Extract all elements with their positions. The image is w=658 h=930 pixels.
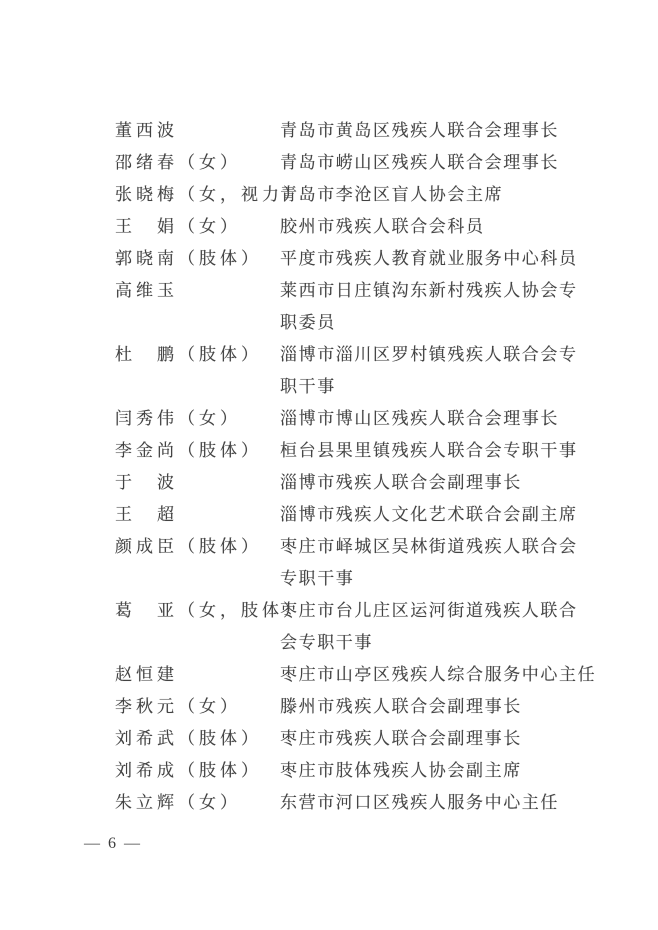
entry-name: 刘希武（肢体） xyxy=(115,723,280,755)
position-line: 青岛市崂山区残疾人联合会理事长 xyxy=(280,147,590,179)
awardee-list: 董西波 青岛市黄岛区残疾人联合会理事长 邵绪春（女） 青岛市崂山区残疾人联合会理… xyxy=(115,115,590,819)
position-line: 职委员 xyxy=(280,307,590,339)
position-line: 会专职干事 xyxy=(280,627,590,659)
position-line: 职干事 xyxy=(280,371,590,403)
document-page: 董西波 青岛市黄岛区残疾人联合会理事长 邵绪春（女） 青岛市崂山区残疾人联合会理… xyxy=(0,0,658,930)
position-line: 专职干事 xyxy=(280,563,590,595)
entry-name: 王 超 xyxy=(115,499,280,531)
entry-row: 郭晓南（肢体） 平度市残疾人教育就业服务中心科员 xyxy=(115,243,590,275)
position-line: 淄博市博山区残疾人联合会理事长 xyxy=(280,403,590,435)
entry-name: 闫秀伟（女） xyxy=(115,403,280,435)
position-line: 平度市残疾人教育就业服务中心科员 xyxy=(280,243,590,275)
position-line: 淄博市残疾人联合会副理事长 xyxy=(280,467,590,499)
entry-row: 刘希成（肢体） 枣庄市肢体残疾人协会副主席 xyxy=(115,755,590,787)
entry-name: 邵绪春（女） xyxy=(115,147,280,179)
entry-name: 葛 亚（女，肢体） xyxy=(115,595,280,627)
entry-name: 颜成臣（肢体） xyxy=(115,531,280,563)
entry-position: 莱西市日庄镇沟东新村残疾人协会专职委员 xyxy=(280,275,590,339)
position-line: 枣庄市台儿庄区运河街道残疾人联合 xyxy=(280,595,590,627)
entry-name: 赵恒建 xyxy=(115,659,280,691)
entry-position: 胶州市残疾人联合会科员 xyxy=(280,211,590,243)
position-line: 枣庄市山亭区残疾人综合服务中心主任 xyxy=(280,659,590,691)
position-line: 滕州市残疾人联合会副理事长 xyxy=(280,691,590,723)
entry-row: 刘希武（肢体） 枣庄市残疾人联合会副理事长 xyxy=(115,723,590,755)
entry-name: 于 波 xyxy=(115,467,280,499)
entry-position: 淄博市博山区残疾人联合会理事长 xyxy=(280,403,590,435)
entry-position: 青岛市李沧区盲人协会主席 xyxy=(280,179,590,211)
position-line: 胶州市残疾人联合会科员 xyxy=(280,211,590,243)
entry-name: 杜 鹏（肢体） xyxy=(115,339,280,371)
entry-row: 李秋元（女） 滕州市残疾人联合会副理事长 xyxy=(115,691,590,723)
entry-position: 枣庄市峄城区吴林街道残疾人联合会专职干事 xyxy=(280,531,590,595)
position-line: 青岛市李沧区盲人协会主席 xyxy=(280,179,590,211)
entry-name: 李秋元（女） xyxy=(115,691,280,723)
entry-position: 东营市河口区残疾人服务中心主任 xyxy=(280,787,590,819)
position-line: 枣庄市残疾人联合会副理事长 xyxy=(280,723,590,755)
entry-position: 淄博市淄川区罗村镇残疾人联合会专职干事 xyxy=(280,339,590,403)
entry-position: 青岛市黄岛区残疾人联合会理事长 xyxy=(280,115,590,147)
entry-name: 郭晓南（肢体） xyxy=(115,243,280,275)
position-line: 青岛市黄岛区残疾人联合会理事长 xyxy=(280,115,590,147)
entry-row: 邵绪春（女） 青岛市崂山区残疾人联合会理事长 xyxy=(115,147,590,179)
entry-name: 朱立辉（女） xyxy=(115,787,280,819)
page-number: — 6 — xyxy=(84,832,142,856)
position-line: 东营市河口区残疾人服务中心主任 xyxy=(280,787,590,819)
entry-row: 杜 鹏（肢体） 淄博市淄川区罗村镇残疾人联合会专职干事 xyxy=(115,339,590,403)
entry-row: 高维玉 莱西市日庄镇沟东新村残疾人协会专职委员 xyxy=(115,275,590,339)
entry-row: 董西波 青岛市黄岛区残疾人联合会理事长 xyxy=(115,115,590,147)
entry-name: 董西波 xyxy=(115,115,280,147)
entry-position: 枣庄市山亭区残疾人综合服务中心主任 xyxy=(280,659,590,691)
entry-position: 枣庄市台儿庄区运河街道残疾人联合会专职干事 xyxy=(280,595,590,659)
entry-row: 闫秀伟（女） 淄博市博山区残疾人联合会理事长 xyxy=(115,403,590,435)
entry-position: 青岛市崂山区残疾人联合会理事长 xyxy=(280,147,590,179)
entry-row: 颜成臣（肢体） 枣庄市峄城区吴林街道残疾人联合会专职干事 xyxy=(115,531,590,595)
entry-row: 张晓梅（女，视力） 青岛市李沧区盲人协会主席 xyxy=(115,179,590,211)
entry-position: 桓台县果里镇残疾人联合会专职干事 xyxy=(280,435,590,467)
entry-name: 张晓梅（女，视力） xyxy=(115,179,280,211)
position-line: 桓台县果里镇残疾人联合会专职干事 xyxy=(280,435,590,467)
position-line: 枣庄市峄城区吴林街道残疾人联合会 xyxy=(280,531,590,563)
entry-position: 平度市残疾人教育就业服务中心科员 xyxy=(280,243,590,275)
entry-position: 滕州市残疾人联合会副理事长 xyxy=(280,691,590,723)
entry-row: 葛 亚（女，肢体） 枣庄市台儿庄区运河街道残疾人联合会专职干事 xyxy=(115,595,590,659)
position-line: 莱西市日庄镇沟东新村残疾人协会专 xyxy=(280,275,590,307)
entry-name: 刘希成（肢体） xyxy=(115,755,280,787)
entry-position: 枣庄市残疾人联合会副理事长 xyxy=(280,723,590,755)
entry-name: 李金尚（肢体） xyxy=(115,435,280,467)
entry-position: 淄博市残疾人文化艺术联合会副主席 xyxy=(280,499,590,531)
entry-row: 朱立辉（女） 东营市河口区残疾人服务中心主任 xyxy=(115,787,590,819)
entry-row: 于 波 淄博市残疾人联合会副理事长 xyxy=(115,467,590,499)
entry-name: 王 娟（女） xyxy=(115,211,280,243)
entry-row: 王 超 淄博市残疾人文化艺术联合会副主席 xyxy=(115,499,590,531)
entry-position: 枣庄市肢体残疾人协会副主席 xyxy=(280,755,590,787)
position-line: 淄博市淄川区罗村镇残疾人联合会专 xyxy=(280,339,590,371)
entry-position: 淄博市残疾人联合会副理事长 xyxy=(280,467,590,499)
entry-row: 赵恒建 枣庄市山亭区残疾人综合服务中心主任 xyxy=(115,659,590,691)
position-line: 淄博市残疾人文化艺术联合会副主席 xyxy=(280,499,590,531)
entry-row: 李金尚（肢体） 桓台县果里镇残疾人联合会专职干事 xyxy=(115,435,590,467)
entry-row: 王 娟（女） 胶州市残疾人联合会科员 xyxy=(115,211,590,243)
entry-name: 高维玉 xyxy=(115,275,280,307)
position-line: 枣庄市肢体残疾人协会副主席 xyxy=(280,755,590,787)
